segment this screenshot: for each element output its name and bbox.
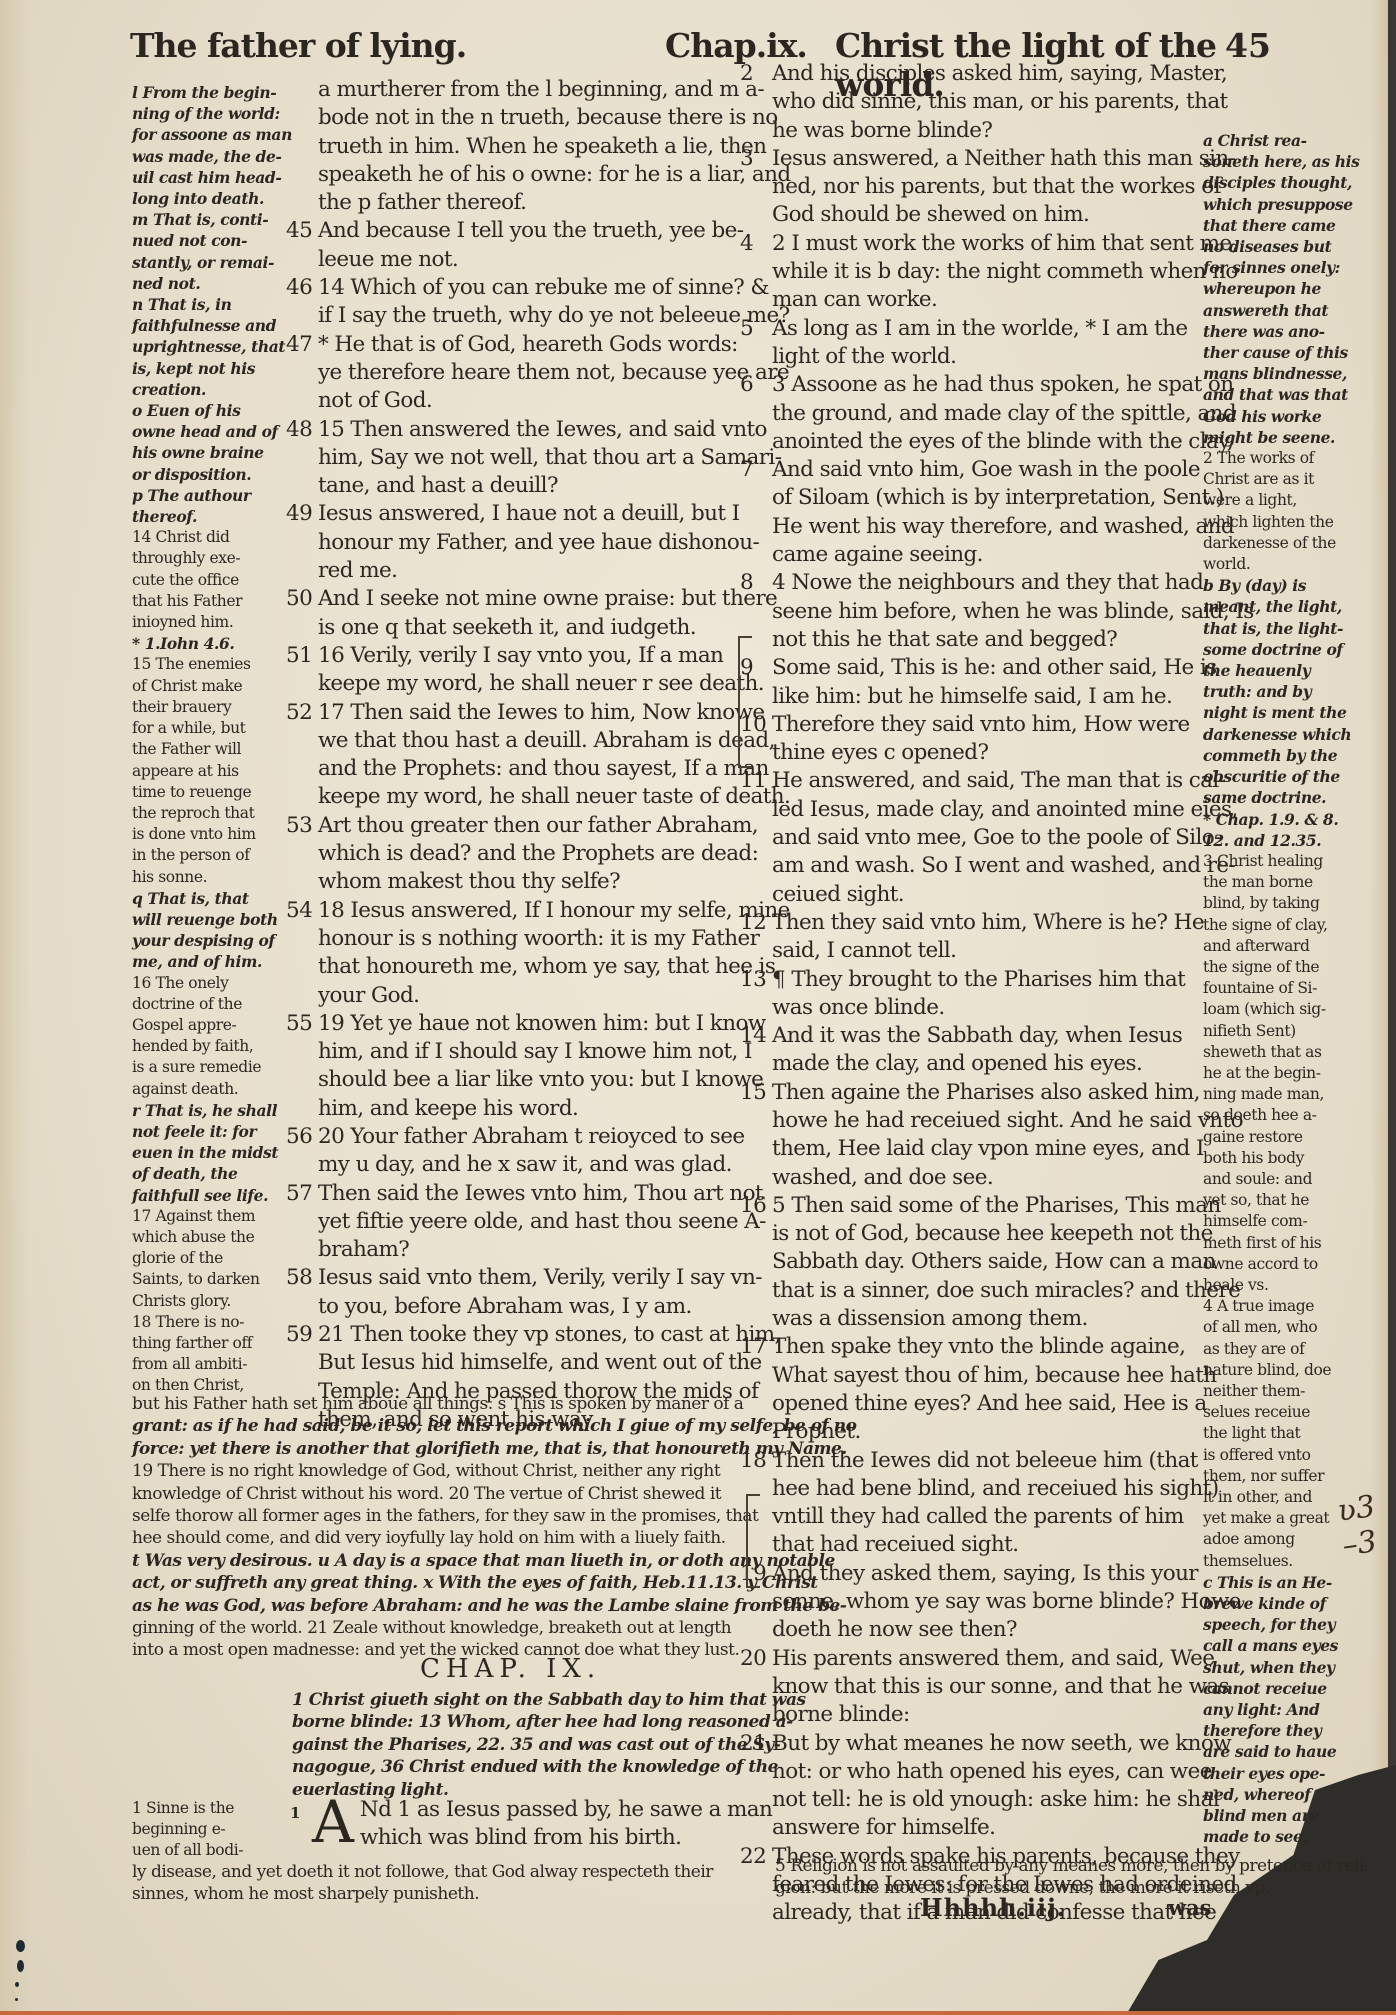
margin-note-line: loam (which sig- <box>1203 999 1353 1020</box>
margin-note-line: both his body <box>1203 1148 1353 1169</box>
handwritten-marginalia: ʋ3 –3 <box>1335 1486 1396 1563</box>
margin-note-line: 14 Christ did <box>132 527 282 548</box>
verse-text: As long as I am in the worlde, * I am th… <box>772 316 1188 341</box>
margin-note-line: * 1.Iohn 4.6. <box>132 633 282 654</box>
verse-text: leeue me not. <box>318 247 458 272</box>
verse-text: Prophet. <box>772 1419 861 1444</box>
verse-line: 5116 Verily, verily I say vnto you, If a… <box>286 642 746 670</box>
text-column-2: 2And his disciples asked him, saying, Ma… <box>740 60 1202 1928</box>
margin-note-line: a Christ rea- <box>1203 130 1353 151</box>
margin-note-line: are said to haue <box>1203 1741 1353 1762</box>
verse-text: he was borne blinde? <box>772 118 992 143</box>
verse-line: vntill they had called the parents of hi… <box>740 1503 1202 1531</box>
margin-note-line: which abuse the <box>132 1227 282 1248</box>
verse-text: whom makest thou thy selfe? <box>318 869 620 894</box>
margin-note-line: 17 Against them <box>132 1206 282 1227</box>
footnote-line: ly disease, and yet doeth it not followe… <box>132 1861 752 1883</box>
verse-line: while it is b day: the night commeth whe… <box>740 258 1202 286</box>
verse-line: thine eyes c opened? <box>740 739 1202 767</box>
verse-text: that honoureth me, whom ye say, that hee… <box>318 954 775 979</box>
verse-number: 20 <box>740 1645 772 1673</box>
margin-note-line: ther cause of this <box>1203 342 1353 363</box>
verse-line: 14And it was the Sabbath day, when Iesus <box>740 1022 1202 1050</box>
verse-line: we that thou hast a deuill. Abraham is d… <box>286 727 746 755</box>
verse-number: 17 <box>740 1333 772 1361</box>
verse-line: 4614 Which of you can rebuke me of sinne… <box>286 274 746 302</box>
verse-line: he was borne blinde? <box>740 117 1202 145</box>
margin-note-line: yet so, that he <box>1203 1190 1353 1211</box>
verse-text: 14 Which of you can rebuke me of sinne? … <box>318 275 769 300</box>
verse-line: 4815 Then answered the Iewes, and said v… <box>286 416 746 444</box>
verse-text: keepe my word, he shall neuer r see deat… <box>318 671 764 696</box>
margin-note-line: Gospel appre- <box>132 1015 282 1036</box>
margin-note-line: his owne braine <box>132 442 282 463</box>
footnote-line: 1 Christ giueth sight on the Sabbath day… <box>292 1689 747 1711</box>
footnote-line: t Was very desirous. u A day is a space … <box>132 1550 752 1572</box>
margin-note-line: obscuritie of the <box>1203 766 1353 787</box>
verse-text: of Siloam (which is by interpretation, S… <box>772 485 1224 510</box>
verse-line: that is a sinner, doe such miracles? and… <box>740 1277 1202 1305</box>
footnote-line: act, or suffreth any great thing. x With… <box>132 1572 752 1594</box>
verse-line: 12Then they said vnto him, Where is he? … <box>740 909 1202 937</box>
verse-text: Art thou greater then our father Abraham… <box>318 813 758 838</box>
margin-note-line: ned not. <box>132 273 282 294</box>
ink-blot <box>16 1940 25 1952</box>
verse-text: speaketh he of his o owne: for he is a l… <box>318 162 791 187</box>
verse-line: 7And said vnto him, Goe wash in the pool… <box>740 456 1202 484</box>
verse-line: my u day, and he x saw it, and was glad. <box>286 1151 746 1179</box>
margin-note-line: thereof. <box>132 506 282 527</box>
verse-number: 59 <box>286 1321 318 1349</box>
margin-note-line: were a light, <box>1203 490 1353 511</box>
verse-line: led Iesus, made clay, and anointed mine … <box>740 796 1202 824</box>
verse-line: keepe my word, he shall neuer r see deat… <box>286 670 746 698</box>
verse-line: keepe my word, he shall neuer taste of d… <box>286 783 746 811</box>
verse-text: opened thine eyes? And hee said, Hee is … <box>772 1391 1207 1416</box>
verse-number: 12 <box>740 909 772 937</box>
margin-note-line: time to reuenge <box>132 782 282 803</box>
footnote-line: sinnes, whom he most sharpely punisheth. <box>132 1883 752 1905</box>
verse-text: doeth he now see then? <box>772 1617 1017 1642</box>
verse-text: Then they said vnto him, Where is he? He <box>772 910 1204 935</box>
verse-line: Prophet. <box>740 1418 1202 1446</box>
margin-note-line: selues receiue <box>1203 1402 1353 1423</box>
verse-line: 20His parents answered them, and said, W… <box>740 1645 1202 1673</box>
verse-line: opened thine eyes? And hee said, Hee is … <box>740 1390 1202 1418</box>
verse-line: Sabbath day. Others saide, How can a man <box>740 1248 1202 1276</box>
margin-note-line: nature blind, doe <box>1203 1360 1353 1381</box>
verse-line: ye therefore heare them not, because yee… <box>286 359 746 387</box>
verse-text: Therefore they said vnto him, How were <box>772 712 1190 737</box>
verse-line: 15Then againe the Pharises also asked hi… <box>740 1079 1202 1107</box>
verse-line: honour is s nothing woorth: it is my Fat… <box>286 925 746 953</box>
verse-line: 5217 Then said the Iewes to him, Now kno… <box>286 699 746 727</box>
margin-note-line: the signe of the <box>1203 957 1353 978</box>
margin-note-line: beginning e- <box>132 1819 282 1840</box>
verse-number: 57 <box>286 1180 318 1208</box>
verse-line: ned, nor his parents, but that the worke… <box>740 173 1202 201</box>
verse-line: 84 Nowe the neighbours and they that had <box>740 569 1202 597</box>
verse-text: sonne, whom ye say was borne blinde? How… <box>772 1589 1241 1614</box>
right-margin-notes: a Christ rea-soneth here, as hisdisciple… <box>1203 130 1353 1847</box>
verse-text: vntill they had called the parents of hi… <box>772 1504 1184 1529</box>
margin-note-line: o Euen of his <box>132 400 282 421</box>
verse-text: 20 Your father Abraham t reioyced to see <box>318 1124 745 1149</box>
verse-text: is one q that seeketh it, and iudgeth. <box>318 615 696 640</box>
verse-line: a murtherer from the l beginning, and m … <box>286 76 746 104</box>
margin-note-line: of death, the <box>132 1163 282 1184</box>
verse-line: was a dissension among them. <box>740 1305 1202 1333</box>
verse-text: And I seeke not mine owne praise: but th… <box>318 586 777 611</box>
footnote-line: nagogue, 36 Christ endued with the knowl… <box>292 1756 747 1778</box>
verse-line: 63 Assoone as he had thus spoken, he spa… <box>740 371 1202 399</box>
verse-text: light of the world. <box>772 344 956 369</box>
verse-line: 5620 Your father Abraham t reioyced to s… <box>286 1123 746 1151</box>
verse-text: trueth in him. When he speaketh a lie, t… <box>318 134 766 159</box>
chapter-9-margin-note: 1 Sinne is thebeginning e-uen of all bod… <box>132 1798 282 1862</box>
verse-line: 45And because I tell you the trueth, yee… <box>286 217 746 245</box>
margin-note-line: blind, by taking <box>1203 893 1353 914</box>
verse-line: is not of God, because hee keepeth not t… <box>740 1220 1202 1248</box>
verse-line: sonne, whom ye say was borne blinde? How… <box>740 1588 1202 1616</box>
margin-note-line: is offered vnto <box>1203 1445 1353 1466</box>
margin-note-line: 2 The works of <box>1203 448 1353 469</box>
verse-line: 21But by what meanes he now seeth, we kn… <box>740 1730 1202 1758</box>
book-page: The father of lying. Chap.ix. Christ the… <box>0 0 1396 2015</box>
verse-number: 6 <box>740 371 772 399</box>
chapter-heading: CHAP. IX. <box>420 1654 601 1684</box>
verse-line: 18Then the Iewes did not beleeue him (th… <box>740 1447 1202 1475</box>
verse-text: not tell: he is old ynough: aske him: he… <box>772 1787 1219 1812</box>
verse-text: and said vnto mee, Goe to the poole of S… <box>772 825 1221 850</box>
margin-note-line: as they are of <box>1203 1339 1353 1360</box>
verse-number: 2 <box>740 60 772 88</box>
margin-note-line: the light that <box>1203 1423 1353 1444</box>
verse-text: Iesus answered, I haue not a deuill, but… <box>318 501 740 526</box>
verse-text: came againe seeing. <box>772 542 983 567</box>
margin-note-line: Christs glory. <box>132 1291 282 1312</box>
verse-number: 15 <box>740 1079 772 1107</box>
footnote-line: borne blinde: 13 Whom, after hee had lon… <box>292 1711 747 1733</box>
verse-line: 58Iesus said vnto them, Verily, verily I… <box>286 1264 746 1292</box>
verse-text: them, Hee laid clay vpon mine eyes, and … <box>772 1136 1204 1161</box>
verse-text: 16 Verily, verily I say vnto you, If a m… <box>318 643 723 668</box>
verse-line: 5921 Then tooke they vp stones, to cast … <box>286 1321 746 1349</box>
margin-note-line: owne accord to <box>1203 1254 1353 1275</box>
margin-note-line: and soule: and <box>1203 1169 1353 1190</box>
verse-text: to you, before Abraham was, I y am. <box>318 1294 692 1319</box>
margin-note-line: ning made man, <box>1203 1084 1353 1105</box>
verse-line: trueth in him. When he speaketh a lie, t… <box>286 133 746 161</box>
verse-line: to you, before Abraham was, I y am. <box>286 1293 746 1321</box>
verse-line: 57Then said the Iewes vnto him, Thou art… <box>286 1180 746 1208</box>
verse-number: 54 <box>286 897 318 925</box>
verse-text: And because I tell you the trueth, yee b… <box>318 218 743 243</box>
verse-number: 58 <box>286 1264 318 1292</box>
drop-capital: A <box>312 1796 354 1848</box>
margin-note-line: throughly exe- <box>132 548 282 569</box>
verse-text: which is dead? and the Prophets are dead… <box>318 841 758 866</box>
verse-bracket-19 <box>746 1494 760 1588</box>
verse-line: 53Art thou greater then our father Abrah… <box>286 812 746 840</box>
margin-note-line: 15 The enemies <box>132 654 282 675</box>
verse-number: 4 <box>740 230 772 258</box>
verse-line: 5418 Iesus answered, If I honour my self… <box>286 897 746 925</box>
verse-line: tane, and hast a deuill? <box>286 472 746 500</box>
verse-text: 21 Then tooke they vp stones, to cast at… <box>318 1322 781 1347</box>
verse-text: and the Prophets: and thou sayest, If a … <box>318 756 769 781</box>
margin-note-line: adoe among <box>1203 1529 1353 1550</box>
margin-note-line: ned, whereof <box>1203 1784 1353 1805</box>
margin-note-line: Saints, to darken <box>132 1269 282 1290</box>
verse-text: my u day, and he x saw it, and was glad. <box>318 1152 732 1177</box>
margin-note-line: is done vnto him <box>132 824 282 845</box>
verse-line: 2And his disciples asked him, saying, Ma… <box>740 60 1202 88</box>
verse-line: answere for himselfe. <box>740 1814 1202 1842</box>
margin-note-line: yet make a great <box>1203 1508 1353 1529</box>
verse-text: washed, and doe see. <box>772 1165 993 1190</box>
verse-line: speaketh he of his o owne: for he is a l… <box>286 161 746 189</box>
ink-blot <box>17 1960 24 1972</box>
margin-note-line: stantly, or remai- <box>132 252 282 273</box>
verse-line: came againe seeing. <box>740 541 1202 569</box>
footnote-line: knowledge of Christ without his word. 20… <box>132 1483 752 1505</box>
verse-line: doeth he now see then? <box>740 1616 1202 1644</box>
margin-note-line: Christ are as it <box>1203 469 1353 490</box>
verse-line: not tell: he is old ynough: aske him: he… <box>740 1786 1202 1814</box>
verse-line: seene him before, when he was blinde, sa… <box>740 598 1202 626</box>
verse-line: was once blinde. <box>740 994 1202 1022</box>
verse-line: bode not in the n trueth, because there … <box>286 104 746 132</box>
verse-text: him, Say we not well, that thou art a Sa… <box>318 445 781 470</box>
margin-note-line: not feele it: for <box>132 1121 282 1142</box>
verse-line: braham? <box>286 1236 746 1264</box>
margin-note-line: that is, the light- <box>1203 618 1353 639</box>
margin-note-line: inioyned him. <box>132 612 282 633</box>
verse-line: 42 I must work the works of him that sen… <box>740 230 1202 258</box>
margin-note-line: therefore they <box>1203 1720 1353 1741</box>
verse-text: was once blinde. <box>772 995 945 1020</box>
margin-note-line: for assoone as man <box>132 124 282 145</box>
margin-note-line: faithfull see life. <box>132 1185 282 1206</box>
verse-line: 5519 Yet ye haue not knowen him: but I k… <box>286 1010 746 1038</box>
verse-text: 5 Then said some of the Pharises, This m… <box>772 1193 1221 1218</box>
margin-note-line: soneth here, as his <box>1203 151 1353 172</box>
margin-note-line: cute the office <box>132 570 282 591</box>
margin-note-line: whereupon he <box>1203 278 1353 299</box>
verse-number: 53 <box>286 812 318 840</box>
verse-text: led Iesus, made clay, and anointed mine … <box>772 797 1238 822</box>
margin-note-line: 18 There is no- <box>132 1312 282 1333</box>
verse-line: should bee a liar like vnto you: but I k… <box>286 1066 746 1094</box>
verse-line: like him: but he himselfe said, I am he. <box>740 683 1202 711</box>
margin-note-line: neither them- <box>1203 1381 1353 1402</box>
margin-note-line: uprightnesse, that <box>132 336 282 357</box>
left-margin-notes: l From the begin-ning of the world:for a… <box>132 82 282 1397</box>
margin-note-line: that his Father <box>132 591 282 612</box>
margin-note-line: truth: and by <box>1203 681 1353 702</box>
verse-number: 50 <box>286 585 318 613</box>
margin-note-line: for sinnes onely: <box>1203 257 1353 278</box>
margin-note-line: appeare at his <box>132 761 282 782</box>
verse-number: 47 <box>286 331 318 359</box>
verse-line: them, Hee laid clay vpon mine eyes, and … <box>740 1135 1202 1163</box>
margin-note-line: mans blindnesse, <box>1203 363 1353 384</box>
verse-line: know that this is our sonne, and that he… <box>740 1673 1202 1701</box>
margin-note-line: 1 Sinne is the <box>132 1798 282 1819</box>
margin-note-line: speech, for they <box>1203 1614 1353 1635</box>
verse-text: Iesus answered, a Neither hath this man … <box>772 146 1235 171</box>
margin-note-line: in the person of <box>132 845 282 866</box>
margin-note-line: the man borne <box>1203 872 1353 893</box>
margin-note-line: will reuenge both <box>132 909 282 930</box>
verse-line: made the clay, and opened his eyes. <box>740 1050 1202 1078</box>
verse-text: made the clay, and opened his eyes. <box>772 1051 1142 1076</box>
verse-text: seene him before, when he was blinde, sa… <box>772 599 1254 624</box>
chapter-argument: 1 Christ giueth sight on the Sabbath day… <box>292 1689 747 1801</box>
verse-text: 2 I must work the works of him that sent… <box>772 231 1238 256</box>
margin-note-line: no diseases but <box>1203 236 1353 257</box>
verse-text: bode not in the n trueth, because there … <box>318 105 778 130</box>
verse-number: 16 <box>740 1192 772 1220</box>
margin-note-line: or disposition. <box>132 464 282 485</box>
page-stain-left <box>0 0 30 2015</box>
verse-text: 15 Then answered the Iewes, and said vnt… <box>318 417 767 442</box>
verse-line: borne blinde: <box>740 1701 1202 1729</box>
margin-note-line: owne head and of <box>132 421 282 442</box>
verse-number: 13 <box>740 966 772 994</box>
margin-note-line: their brauery <box>132 697 282 718</box>
margin-note-line: brewe kinde of <box>1203 1593 1353 1614</box>
verse-text: Then spake they vnto the blinde againe, <box>772 1334 1185 1359</box>
margin-note-line: answereth that <box>1203 300 1353 321</box>
verse-line: washed, and doe see. <box>740 1164 1202 1192</box>
margin-note-line: God his worke <box>1203 406 1353 427</box>
verse-text: Sabbath day. Others saide, How can a man <box>772 1249 1216 1274</box>
verse-text: that is a sinner, doe such miracles? and… <box>772 1278 1240 1303</box>
verse-line: red me. <box>286 557 746 585</box>
verse-text: He went his way therefore, and washed, a… <box>772 514 1234 539</box>
margin-note-line: is, kept not his <box>132 358 282 379</box>
verse-line: But Iesus hid himselfe, and went out of … <box>286 1349 746 1377</box>
verse-number: 56 <box>286 1123 318 1151</box>
verse-text: am and wash. So I went and washed, and r… <box>772 853 1235 878</box>
margin-note-line: and that was that <box>1203 384 1353 405</box>
verse-line: ceiued sight. <box>740 881 1202 909</box>
verse-text: red me. <box>318 558 397 583</box>
verse-text: And his disciples asked him, saying, Mas… <box>772 61 1227 86</box>
verse-text: if I say the trueth, why do ye not belee… <box>318 303 790 328</box>
verse-number: 21 <box>740 1730 772 1758</box>
verse-text: not this he that sate and begged? <box>772 627 1117 652</box>
margin-note-line: the heauenly <box>1203 660 1353 681</box>
footnote-line: hee should come, and did very ioyfully l… <box>132 1527 752 1549</box>
signature-mark: Hhhhh.iij. <box>920 1893 1066 1922</box>
verse-line: 9Some said, This is he: and other said, … <box>740 654 1202 682</box>
verse-number: 3 <box>740 145 772 173</box>
verse-line: man can worke. <box>740 286 1202 314</box>
margin-note-line: n That is, in <box>132 294 282 315</box>
footnote-line: force: yet there is another that glorifi… <box>132 1438 752 1460</box>
verse-text: 4 Nowe the neighbours and they that had <box>772 570 1203 595</box>
verse-line: and said vnto mee, Goe to the poole of S… <box>740 824 1202 852</box>
verse-text: howe he had receiued sight. And he said … <box>772 1108 1243 1133</box>
footnote-line: selfe thorow all former ages in the fath… <box>132 1505 752 1527</box>
verse-line: whom makest thou thy selfe? <box>286 868 746 896</box>
margin-note-line: q That is, that <box>132 888 282 909</box>
verse-text: who did sinne, this man, or his parents,… <box>772 89 1228 114</box>
verse-text: the ground, and made clay of the spittle… <box>772 401 1236 426</box>
margin-note-line: commeth by the <box>1203 745 1353 766</box>
verse-line: that had receiued sight. <box>740 1531 1202 1559</box>
page-edge-bottom <box>0 2011 1396 2015</box>
margin-note-line: might be seene. <box>1203 427 1353 448</box>
footnote-line: but his Father hath set him aboue all th… <box>132 1393 752 1415</box>
verse-text: Then againe the Pharises also asked him, <box>772 1080 1200 1105</box>
verse-text: tane, and hast a deuill? <box>318 473 558 498</box>
margin-note-line: nifieth Sent) <box>1203 1021 1353 1042</box>
running-head-left: The father of lying. <box>130 26 466 65</box>
verse-line: that honoureth me, whom ye say, that hee… <box>286 953 746 981</box>
verse-text: keepe my word, he shall neuer taste of d… <box>318 784 790 809</box>
verse-line: 47* He that is of God, heareth Gods word… <box>286 331 746 359</box>
verse-text: anointed the eyes of the blinde with the… <box>772 429 1233 454</box>
verse-line: 50And I seeke not mine owne praise: but … <box>286 585 746 613</box>
verse-line: 3Iesus answered, a Neither hath this man… <box>740 145 1202 173</box>
verse-line: 5As long as I am in the worlde, * I am t… <box>740 315 1202 343</box>
verse-number: 1 <box>290 1804 300 1822</box>
verse-text: ye therefore heare them not, because yee… <box>318 360 789 385</box>
verse-text: Then the Iewes did not beleeue him (that <box>772 1448 1198 1473</box>
margin-note-line: sheweth that as <box>1203 1042 1353 1063</box>
verse-line: said, I cannot tell. <box>740 937 1202 965</box>
verse-line: not of God. <box>286 387 746 415</box>
verse-number: 14 <box>740 1022 772 1050</box>
verse-text: borne blinde: <box>772 1702 910 1727</box>
footnote-line: 19 There is no right knowledge of God, w… <box>132 1460 752 1482</box>
verse-line: light of the world. <box>740 343 1202 371</box>
verse-text: ¶ They brought to the Pharises him that <box>772 967 1185 992</box>
verse-text: hee had bene blind, and receiued his sig… <box>772 1476 1219 1501</box>
verse-text: him, and if I should say I knowe him not… <box>318 1039 752 1064</box>
verse-text: like him: but he himselfe said, I am he. <box>772 684 1172 709</box>
verse-text: know that this is our sonne, and that he… <box>772 1674 1229 1699</box>
verse-text: yet fiftie yeere olde, and hast thou see… <box>318 1209 766 1234</box>
margin-note-line: glorie of the <box>132 1248 282 1269</box>
margin-note-line: uil cast him head- <box>132 167 282 188</box>
margin-note-line: of all men, who <box>1203 1317 1353 1338</box>
text-column-1: a murtherer from the l beginning, and m … <box>286 76 746 1434</box>
verse-text: your God. <box>318 983 419 1008</box>
page-edge-right <box>1388 0 1396 1930</box>
verse-text: ned, nor his parents, but that the worke… <box>772 174 1221 199</box>
margin-note-line: long into death. <box>132 188 282 209</box>
verse-text: But by what meanes he now seeth, we know <box>772 1731 1231 1756</box>
margin-note-line: that there came <box>1203 215 1353 236</box>
verse-line: if I say the trueth, why do ye not belee… <box>286 302 746 330</box>
margin-note-line: m That is, conti- <box>132 209 282 230</box>
verse-line: the ground, and made clay of the spittle… <box>740 400 1202 428</box>
verse-number: 52 <box>286 699 318 727</box>
margin-note-line: of Christ make <box>132 676 282 697</box>
verse-line: 11He answered, and said, The man that is… <box>740 767 1202 795</box>
margin-note-line: night is ment the <box>1203 702 1353 723</box>
footnote-line: gainst the Pharises, 22. 35 and was cast… <box>292 1734 747 1756</box>
margin-note-line: against death. <box>132 1079 282 1100</box>
margin-note-line: he at the begin- <box>1203 1063 1353 1084</box>
verse-line: not: or who hath opened his eyes, can we… <box>740 1758 1202 1786</box>
verse-line: which is dead? and the Prophets are dead… <box>286 840 746 868</box>
